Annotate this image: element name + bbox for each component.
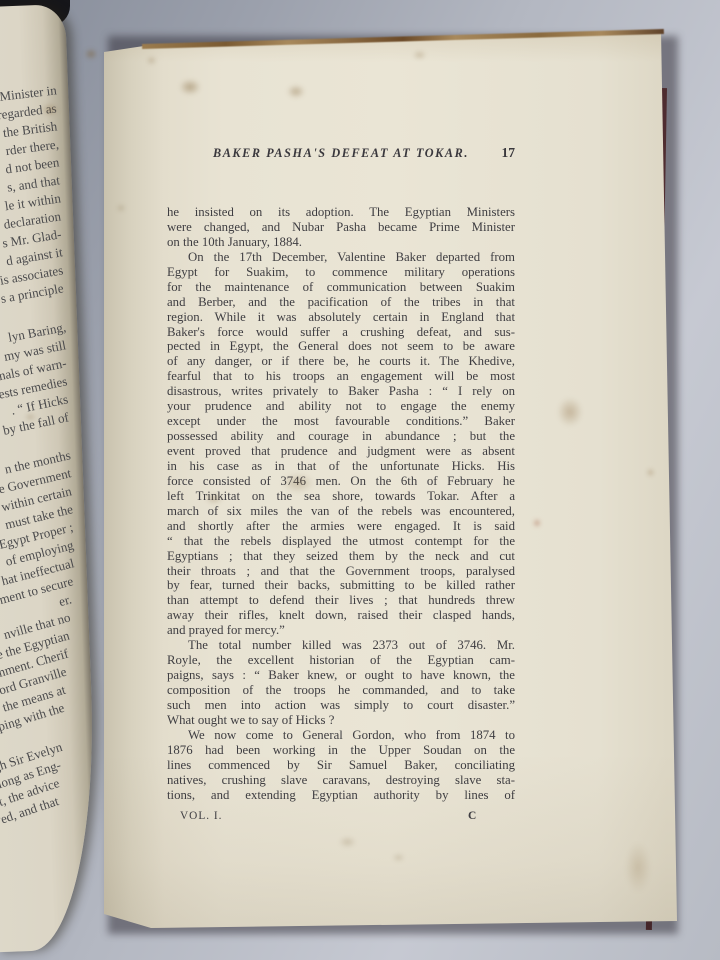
body-line: region. While it was absolutely certain …	[167, 310, 515, 325]
body-line: The total number killed was 2373 out of …	[167, 638, 515, 653]
body-line: fearful that to his troops an engagement…	[167, 369, 515, 384]
body-line: On the 17th December, Valentine Baker de…	[167, 250, 515, 265]
body-line: pected in Egypt, the General does not se…	[167, 339, 515, 354]
body-line: he insisted on its adoption. The Egyptia…	[167, 205, 515, 220]
foxing-spot	[84, 48, 98, 60]
running-head-title: BAKER PASHA'S DEFEAT AT TOKAR.	[167, 146, 515, 161]
body-line: their throats ; and that the Government …	[167, 564, 515, 579]
body-line: tions, and extending Egyptian authority …	[167, 788, 515, 803]
footer-signature: C	[468, 810, 476, 822]
body-line: Egypt for Suakim, to commence military o…	[167, 265, 515, 280]
body-line: except under the most favourable conditi…	[167, 414, 515, 429]
body-line: and Berber, and the pacification of the …	[167, 295, 515, 310]
left-page: Minister inregarded asthe Britishrder th…	[0, 4, 101, 952]
running-head: BAKER PASHA'S DEFEAT AT TOKAR. 17	[167, 146, 515, 163]
body-line: composition of the troops he commanded, …	[167, 683, 515, 698]
body-line: by fear, turned their backs, submitting …	[167, 578, 515, 593]
body-line: of any danger, or if there be, he courts…	[167, 354, 515, 369]
body-line: disastrous, writes privately to Baker Pa…	[167, 384, 515, 399]
body-line: 1876 had been working in the Upper Souda…	[167, 743, 515, 758]
body-line: for the maintenance of communication bet…	[167, 280, 515, 295]
book-photo-scene: Minister inregarded asthe Britishrder th…	[0, 0, 720, 960]
body-line: left Trinkitat on the sea shore, towards…	[167, 489, 515, 504]
body-line: such men into action was simply to court…	[167, 698, 515, 713]
body-line: march of six miles the van of the rebels…	[167, 504, 515, 519]
body-line: Baker's force would suffer a crushing de…	[167, 325, 515, 340]
body-line: and shortly after the armies were engage…	[167, 519, 515, 534]
body-line: were changed, and Nubar Pasha became Pri…	[167, 220, 515, 235]
body-line: “ that the rebels displayed the utmost c…	[167, 534, 515, 549]
body-line: force consisted of 3746 men. On the 6th …	[167, 474, 515, 489]
page-footer: VOL. I. C	[167, 810, 515, 826]
body-text: he insisted on its adoption. The Egyptia…	[167, 205, 515, 803]
page-text-block: BAKER PASHA'S DEFEAT AT TOKAR. 17 he ins…	[167, 146, 515, 826]
body-line: than attempt to defend their lives ; tha…	[167, 593, 515, 608]
body-line: What ought we to say of Hicks ?	[167, 713, 515, 728]
body-line: lines commenced by Sir Samuel Baker, con…	[167, 758, 515, 773]
body-line: on the 10th January, 1884.	[167, 235, 515, 250]
body-line: natives, crushing slave caravans, destro…	[167, 773, 515, 788]
body-line: away their rifles, knelt down, raised th…	[167, 608, 515, 623]
footer-volume: VOL. I.	[180, 810, 222, 822]
page-number: 17	[502, 145, 516, 161]
body-line: in his case as in that of the unfortunat…	[167, 459, 515, 474]
body-line: possessed ability and courage in abundan…	[167, 429, 515, 444]
left-page-line: er.	[57, 592, 73, 611]
right-page: BAKER PASHA'S DEFEAT AT TOKAR. 17 he ins…	[104, 28, 678, 934]
body-line: Egyptians ; that they seized them by the…	[167, 549, 515, 564]
body-line: Royle, the excellent historian of the Eg…	[167, 653, 515, 668]
body-line: and prayed for mercy.”	[167, 623, 515, 638]
body-line: paigns, says : “ Baker knew, or ought to…	[167, 668, 515, 683]
body-line: event proved that prudence and judgment …	[167, 444, 515, 459]
body-line: We now come to General Gordon, who from …	[167, 728, 515, 743]
body-line: your prudence and ability not to engage …	[167, 399, 515, 414]
